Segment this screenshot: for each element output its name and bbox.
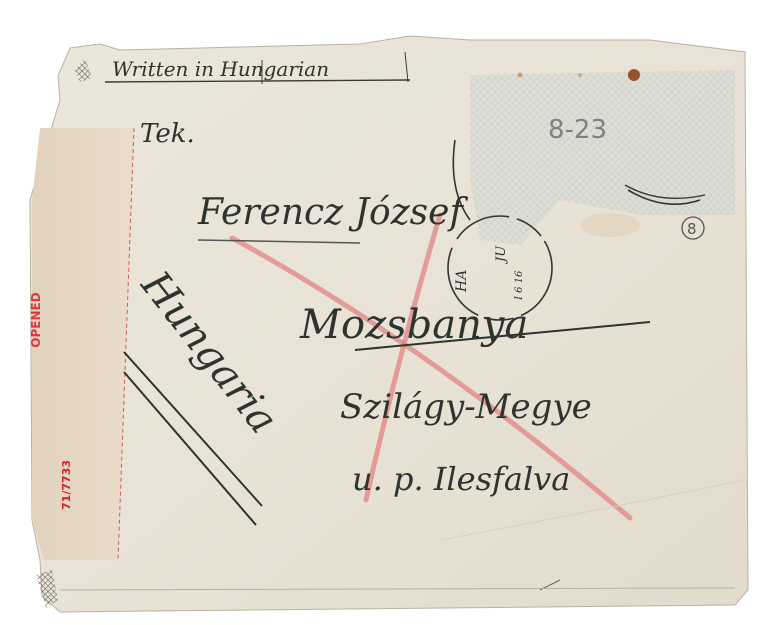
- postmark-letters: HA: [454, 270, 470, 293]
- rust-spot: [628, 69, 640, 81]
- postmark-date-2: I 6 16: [514, 270, 525, 301]
- censor-number: 71/7733: [60, 460, 73, 510]
- censor-strip: [32, 128, 134, 560]
- pencil-number: 8-23: [548, 115, 607, 145]
- address-town: Mozsbanya: [299, 302, 528, 348]
- honorific: Tek.: [140, 119, 195, 149]
- envelope-photo: 71/7733 OPENED HA JU I 6 16 8-23 8 Writt…: [0, 0, 758, 625]
- circled-number: 8: [687, 220, 697, 238]
- envelope: 71/7733 OPENED HA JU I 6 16 8-23 8 Writt…: [0, 0, 758, 625]
- top-note: Written in Hungarian: [112, 57, 329, 81]
- postmark-date-1: JU: [494, 245, 509, 265]
- address-county: Szilágy-Megye: [340, 387, 592, 427]
- censor-partial-text: OPENED: [29, 292, 43, 347]
- addressee-name: Ferencz József: [197, 192, 468, 233]
- address-post: u. p. Ilesfalva: [352, 460, 570, 498]
